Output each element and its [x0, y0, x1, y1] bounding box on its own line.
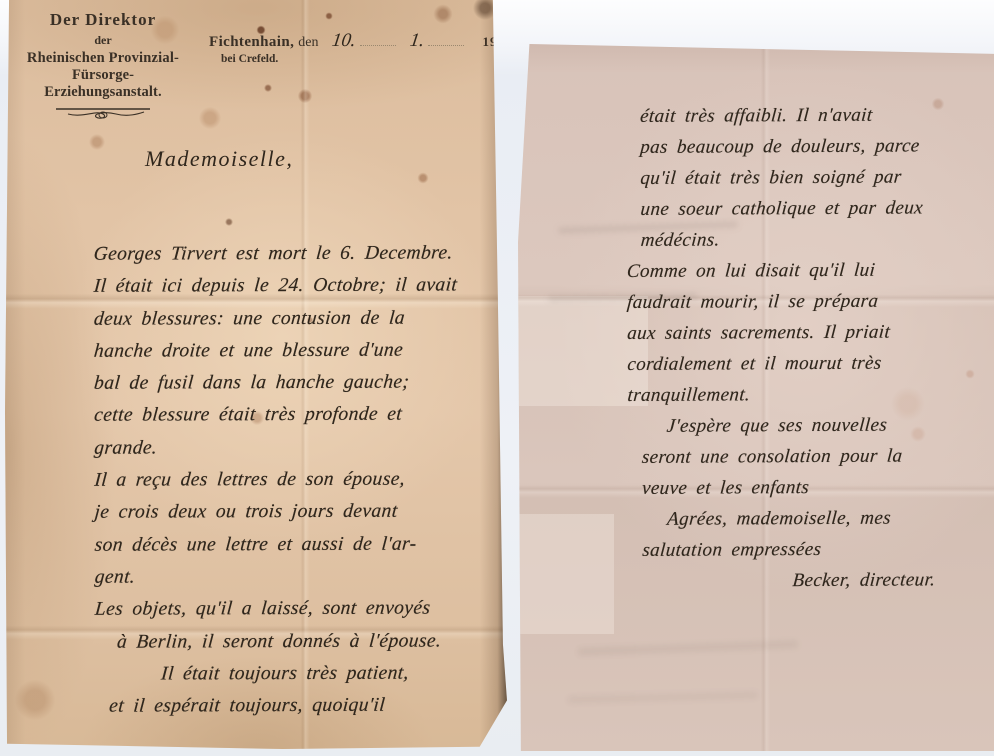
handwritten-line: Comme on lui disait qu'il lui — [626, 254, 993, 287]
handwritten-line: Les objets, qu'il a laissé, sont envoyés — [94, 593, 517, 627]
ink-bleedthrough — [568, 692, 758, 704]
handwritten-line: cette blessure était très profonde et — [93, 399, 516, 433]
handwritten-line: hanche droite et une blessure d'une — [93, 334, 516, 368]
page1-body-text: Georges Tirvert est mort le 6. Decembre.… — [92, 237, 514, 723]
handwritten-line: bal de fusil dans la hanche gauche; — [93, 366, 516, 400]
handwritten-line: je crois deux ou trois jours devant — [93, 496, 516, 530]
handwritten-line: qu'il était très bien soigné par — [639, 161, 992, 194]
scan-tone-patch — [518, 514, 614, 634]
handwritten-line: Il a reçu des lettres de son épouse, — [93, 463, 516, 497]
handwritten-line: Il était ici depuis le 24. Octobre; il a… — [92, 270, 515, 304]
dateline-dotted-rule — [428, 31, 464, 46]
dateline-month-handwritten: 1. — [409, 30, 426, 52]
letterhead-line: Fürsorge-Erziehungsanstalt. — [19, 67, 187, 101]
letterhead-line: Der Direktor — [19, 10, 187, 30]
handwritten-line: médécins. — [640, 223, 993, 256]
handwritten-line: salutation empressées — [641, 533, 994, 566]
dateline: Fichtenhain,den 10. 1. 1915. bei Crefeld… — [209, 26, 499, 65]
letter-page-1: Der Direktor der Rheinischen Provinzial-… — [5, 0, 510, 749]
letterhead-line: der — [19, 33, 187, 48]
handwritten-line: Il était toujours très patient, — [160, 657, 517, 691]
salutation: Mademoiselle, — [145, 146, 293, 172]
handwritten-line: à Berlin, il seront donnés à l'épouse. — [116, 625, 517, 659]
letterhead: Der Direktor der Rheinischen Provinzial-… — [19, 10, 187, 126]
handwritten-line: et il espérait toujours, quoiqu'il — [108, 689, 517, 723]
letterhead-line: Rheinischen Provinzial- — [19, 50, 187, 67]
dateline-dotted-rule — [360, 31, 396, 46]
letterhead-flourish-icon — [19, 105, 187, 126]
handwritten-line: son décès une lettre et aussi de l'ar- — [93, 528, 516, 562]
handwritten-line: Georges Tirvert est mort le 6. Decembre. — [92, 237, 515, 271]
dateline-place: Fichtenhain, — [209, 34, 294, 50]
handwritten-line: J'espère que ses nouvelles — [665, 409, 993, 442]
handwritten-line: était très affaibli. Il n'avait — [639, 99, 992, 132]
dateline-year-handwritten: 5. — [504, 25, 524, 52]
dateline-den-label: den — [298, 35, 318, 50]
handwritten-line: grande. — [93, 431, 516, 465]
letter-page-2: était très affaibli. Il n'avaitpas beauc… — [518, 44, 994, 751]
handwritten-line: gent. — [93, 560, 516, 594]
handwritten-line: Becker, directeur. — [791, 564, 994, 596]
handwritten-line: veuve et les enfants — [641, 471, 994, 504]
handwritten-line: tranquillement. — [626, 378, 993, 411]
dateline-year-printed: 191 — [482, 34, 505, 49]
handwritten-line: aux saints sacrements. Il priait — [626, 316, 993, 349]
handwritten-line: Agrées, mademoiselle, mes — [666, 502, 994, 535]
handwritten-line: deux blessures: une contusion de la — [92, 302, 515, 336]
page2-body-text: était très affaibli. Il n'avaitpas beauc… — [639, 99, 992, 597]
dateline-day-handwritten: 10. — [331, 30, 358, 52]
scanned-letter: Der Direktor der Rheinischen Provinzial-… — [0, 0, 994, 756]
ink-bleedthrough — [578, 640, 798, 656]
handwritten-line: une soeur catholique et par deux — [639, 192, 992, 225]
handwritten-line: cordialement et il mourut très — [626, 347, 993, 380]
handwritten-line: faudrait mourir, il se prépara — [626, 285, 993, 318]
dateline-sub: bei Crefeld. — [221, 53, 499, 65]
handwritten-line: seront une consolation pour la — [641, 440, 994, 473]
handwritten-line: pas beaucoup de douleurs, parce — [639, 130, 992, 163]
